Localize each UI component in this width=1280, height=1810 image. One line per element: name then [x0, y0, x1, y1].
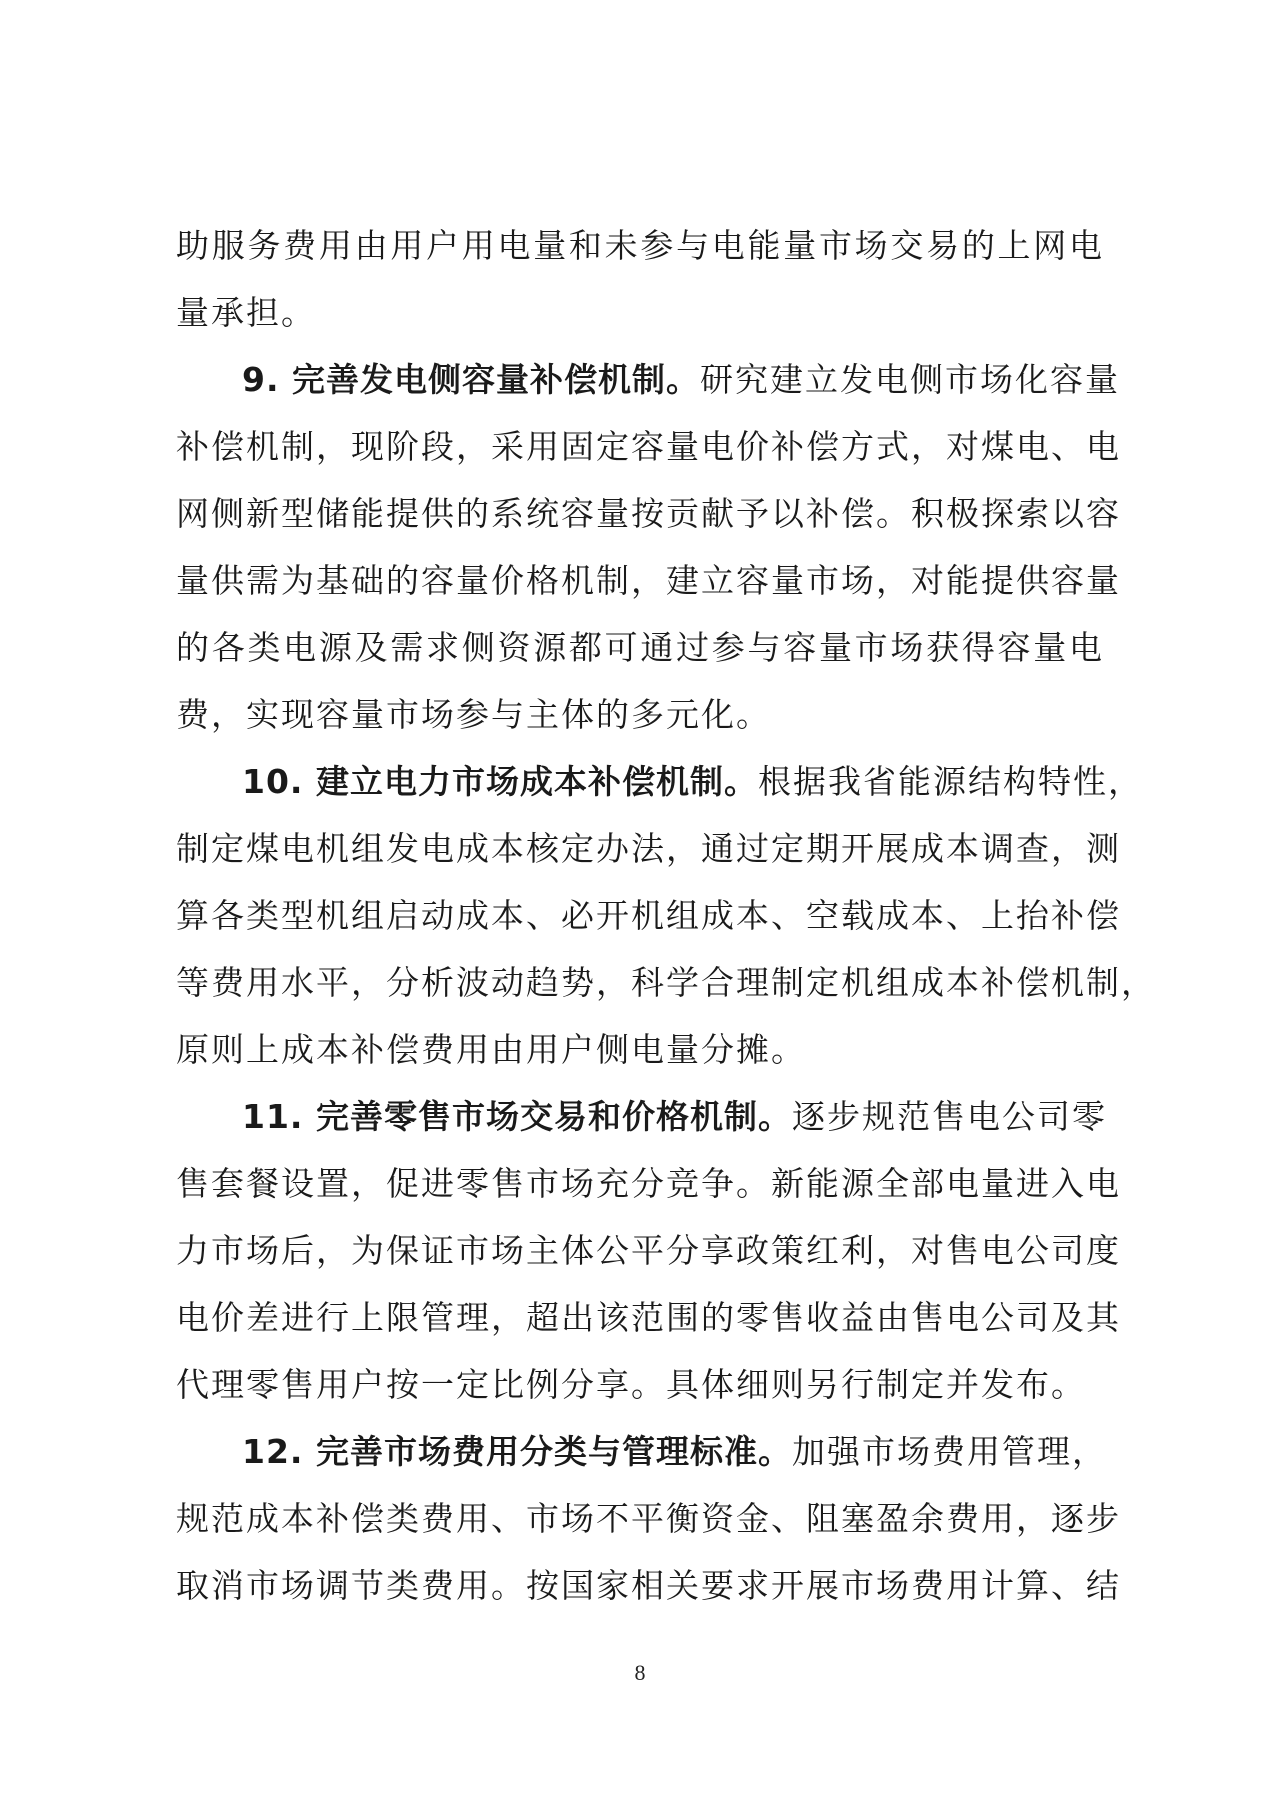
text-line: 制定煤电机组发电成本核定办法，通过定期开展成本调查，测 — [176, 815, 1104, 882]
paragraph-11-first-line: 11. 完善零售市场交易和价格机制。逐步规范售电公司零 — [176, 1083, 1104, 1150]
text-line: 量承担。 — [176, 279, 1104, 346]
paragraph-10-first-line: 10. 建立电力市场成本补偿机制。根据我省能源结构特性， — [176, 748, 1104, 815]
section-heading-9: 9. 完善发电侧容量补偿机制。 — [242, 360, 700, 399]
section-heading-12: 12. 完善市场费用分类与管理标准。 — [242, 1432, 792, 1471]
text-run: 逐步规范售电公司零 — [792, 1097, 1107, 1136]
text-line: 费，实现容量市场参与主体的多元化。 — [176, 681, 1104, 748]
text-run: 根据我省能源结构特性， — [758, 762, 1143, 801]
text-line: 售套餐设置，促进零售市场充分竞争。新能源全部电量进入电 — [176, 1150, 1104, 1217]
text-line: 算各类型机组启动成本、必开机组成本、空载成本、上抬补偿 — [176, 882, 1104, 949]
text-line: 取消市场调节类费用。按国家相关要求开展市场费用计算、结 — [176, 1552, 1104, 1619]
text-line: 等费用水平，分析波动趋势，科学合理制定机组成本补偿机制， — [176, 949, 1104, 1016]
text-run: 加强市场费用管理， — [792, 1432, 1107, 1471]
text-line: 原则上成本补偿费用由用户侧电量分摊。 — [176, 1016, 1104, 1083]
text-line: 代理零售用户按一定比例分享。具体细则另行制定并发布。 — [176, 1351, 1104, 1418]
text-line: 补偿机制，现阶段，采用固定容量电价补偿方式，对煤电、电 — [176, 413, 1104, 480]
text-line: 规范成本补偿类费用、市场不平衡资金、阻塞盈余费用，逐步 — [176, 1485, 1104, 1552]
text-line: 的各类电源及需求侧资源都可通过参与容量市场获得容量电 — [176, 614, 1104, 681]
text-run: 研究建立发电侧市场化容量 — [700, 360, 1120, 399]
text-line: 网侧新型储能提供的系统容量按贡献予以补偿。积极探索以容 — [176, 480, 1104, 547]
paragraph-12-first-line: 12. 完善市场费用分类与管理标准。加强市场费用管理， — [176, 1418, 1104, 1485]
document-body: 助服务费用由用户用电量和未参与电能量市场交易的上网电 量承担。 9. 完善发电侧… — [176, 212, 1104, 1619]
text-line: 量供需为基础的容量价格机制，建立容量市场，对能提供容量 — [176, 547, 1104, 614]
text-line: 电价差进行上限管理，超出该范围的零售收益由售电公司及其 — [176, 1284, 1104, 1351]
text-line: 助服务费用由用户用电量和未参与电能量市场交易的上网电 — [176, 212, 1104, 279]
text-line: 力市场后，为保证市场主体公平分享政策红利，对售电公司度 — [176, 1217, 1104, 1284]
paragraph-9-first-line: 9. 完善发电侧容量补偿机制。研究建立发电侧市场化容量 — [176, 346, 1104, 413]
section-heading-10: 10. 建立电力市场成本补偿机制。 — [242, 762, 758, 801]
page-number: 8 — [0, 1660, 1280, 1686]
document-page: 助服务费用由用户用电量和未参与电能量市场交易的上网电 量承担。 9. 完善发电侧… — [0, 0, 1280, 1810]
section-heading-11: 11. 完善零售市场交易和价格机制。 — [242, 1097, 792, 1136]
